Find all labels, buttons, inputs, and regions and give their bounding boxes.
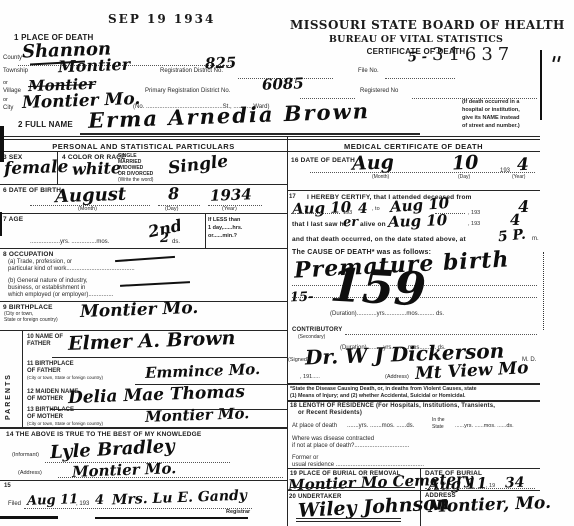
edge-artifact (552, 56, 555, 62)
burial-place-underline (290, 487, 415, 488)
primary-registration-value: 6085 (262, 74, 304, 93)
attended-from-line (292, 212, 340, 214)
former-residence-line1: Former or (292, 455, 318, 461)
death-occurred-statement: and that death occurred, on the date sta… (292, 236, 466, 243)
parents-label: PARENTS (5, 350, 12, 420)
father-name-label2: FATHER (27, 341, 51, 347)
informant-address-line (58, 476, 283, 478)
received-date-stamp: SEP 19 1934 (108, 12, 215, 26)
undertaker-underline-1 (296, 518, 401, 519)
filed-year-handwritten: 4 (95, 493, 105, 508)
filed-number-label: 15 (4, 483, 11, 489)
residence-at-place-label: At place of death (292, 423, 337, 429)
dod-month-caption: (Month) (372, 174, 389, 180)
registrar-label: Registrar (226, 509, 250, 515)
occupation-label: 8 OCCUPATION (3, 251, 54, 258)
occupation-a-line1: (a) Trade, profession, or (8, 259, 72, 265)
father-underline (52, 357, 287, 358)
father-birthplace-label1: 11 BIRTHPLACE (27, 361, 74, 367)
township-value: Montier (58, 55, 131, 77)
last-saw-date: Aug 10 (388, 211, 448, 231)
dob-month-caption: (Month) (78, 206, 97, 212)
edge-artifact (95, 517, 248, 519)
last-saw-alive-on: alive on (360, 221, 386, 228)
edge-artifact (0, 516, 58, 519)
duration-line-1: (Duration)............yrs.............mo… (330, 311, 444, 317)
date-of-death-line (310, 171, 535, 173)
parents-cell-border (22, 330, 23, 427)
registration-district-value: 825 (205, 53, 237, 72)
scribble-mark (120, 281, 190, 286)
informant-label: (Informant) (12, 452, 39, 458)
footnote-line2: (1) Means of Injury; and (2) whether Acc… (290, 393, 466, 399)
age-less-line2: 1 day,......hrs. (208, 225, 242, 231)
date-of-death-label: 16 DATE OF DEATH (291, 157, 355, 164)
scribble-mark (115, 256, 175, 262)
row-line-3 (0, 248, 287, 249)
footnote-rule-top (287, 383, 540, 385)
mother-name-value: Delia Mae Thomas (68, 382, 245, 408)
father-birthplace-caption: (City or town, State or foreign country) (27, 375, 103, 380)
physician-address-label: (Address) (385, 374, 409, 380)
full-name-underline (80, 133, 420, 135)
or-label-1: or (3, 80, 8, 86)
contracted-line1: Where was disease contracted (292, 436, 374, 442)
marital-value: Single (167, 151, 229, 178)
sex-value: female (4, 157, 69, 179)
residence-units-1: .......yrs. .......mos. ......ds. (347, 423, 414, 429)
burial-date-line (425, 487, 535, 489)
or-label-2: or (3, 97, 8, 103)
burial-date-value: Aug 11 (428, 474, 488, 494)
hospital-note-line4: of street and number.) (462, 123, 520, 129)
attended-to-year-printed: , 193 (468, 210, 480, 216)
contracted-line2: if not at place of death?...............… (292, 443, 409, 449)
age-label: 7 AGE (3, 216, 23, 223)
city-label: City (3, 105, 13, 111)
mother-birthplace-caption: (City or town, State or foreign country) (27, 421, 103, 426)
age-less-line1: If LESS than (208, 217, 240, 223)
race-value: white (72, 158, 122, 179)
mother-birthplace-label2: OF MOTHER (27, 414, 63, 420)
attended-to-label: , to (372, 206, 380, 212)
signed-date-blank: , 191..... (300, 374, 320, 380)
occupation-a-line2: particular kind of work.................… (8, 266, 135, 272)
county-label: County (3, 55, 22, 61)
cause-code-large: 159 (329, 258, 428, 317)
attended-from-year-handwritten: 4 (358, 201, 368, 217)
undertaker-row-top-line (287, 490, 540, 491)
dob-year-caption: (Year) (222, 206, 237, 212)
file-no-line (385, 77, 455, 79)
death-time-value: 5 P. (497, 227, 526, 246)
last-saw-prefix: that I last saw h (292, 221, 344, 228)
edge-artifact (0, 212, 2, 236)
dod-day-caption: (Day) (458, 174, 470, 180)
informant-address-label: (Address) (18, 470, 42, 476)
file-no-label: File No. (358, 68, 379, 74)
footnote-rule-bottom (287, 400, 540, 402)
mother-birthplace-value: Montier Mo. (145, 404, 250, 426)
cause-code-small: 15- (290, 290, 314, 306)
footnote-line1: *State the Disease Causing Death, or, in… (290, 386, 477, 392)
age-less-line3: or......min.? (208, 233, 237, 239)
residence-units-2: ......yrs. ......mos. ......ds. (455, 423, 514, 429)
residence-state-label: State (432, 424, 444, 430)
mother-name-label2: OF MOTHER (27, 396, 63, 402)
edge-artifact (543, 252, 544, 330)
father-name-label1: 10 NAME OF (27, 334, 63, 340)
last-saw-year-printed: , 193 (468, 221, 480, 227)
mother-birthplace-label1: 13 BIRTHPLACE (27, 407, 74, 413)
dob-label: 6 DATE OF BIRTH (3, 187, 61, 194)
last-saw-her: er (343, 215, 359, 231)
edge-artifact (557, 56, 560, 62)
undertaker-address-value: Montier, Mo. (428, 493, 552, 517)
registrar-line (24, 507, 252, 509)
registered-no-label: Registered No (360, 88, 398, 94)
hospital-note-line3: give its NAME instead (462, 115, 519, 121)
dod-year-caption: (Year) (512, 174, 525, 180)
filed-label: Filed (8, 501, 21, 507)
row-line-7 (0, 480, 287, 481)
secondary-label: (Secondary) (298, 334, 325, 340)
row-line-2 (0, 213, 287, 214)
burial-row-top-line (287, 468, 540, 469)
undertaker-underline-2 (296, 521, 401, 522)
primary-registration-label: Primary Registration District No. (145, 88, 230, 94)
occupation-b-line1: (b) General nature of industry, (8, 278, 88, 284)
dob-day-caption: (Day) (165, 206, 178, 212)
dob-day-value: 8 (168, 184, 180, 203)
residence-in-the-label: In the (432, 417, 445, 423)
birthplace-caption2: State or foreign country) (4, 317, 58, 323)
certificate-number: 31637 (432, 44, 514, 65)
occupation-b-line3: which employed (or employer)............… (8, 292, 113, 298)
father-birthplace-label2: OF FATHER (27, 368, 61, 374)
death-time-m-label: m. (532, 236, 539, 242)
occupation-b-line2: business, or establishment in (8, 285, 85, 291)
board-title: MISSOURI STATE BOARD OF HEALTH (290, 18, 542, 32)
township-label: Township (3, 68, 28, 74)
contributory-line (345, 333, 537, 335)
band-rule-top (0, 136, 540, 137)
marital-label-5: (Write the word) (118, 177, 153, 183)
edge-artifact (0, 126, 4, 162)
edge-artifact (540, 50, 542, 120)
left-section-title: PERSONAL AND STATISTICAL PARTICULARS (0, 142, 287, 151)
contributory-label: CONTRIBUTORY (292, 327, 342, 333)
band-rule-top2 (0, 139, 540, 140)
age-units-line: ..................yrs. ...............mo… (30, 239, 109, 245)
right-row-line-1 (287, 190, 540, 191)
village-label: Village (3, 88, 21, 94)
registrar-signature: Mrs. Lu E. Gandy (112, 488, 247, 509)
certificate-number-prefix: 5 - (408, 50, 427, 66)
full-name-label: 2 FULL NAME (18, 120, 73, 129)
residence-label-line2: or Recent Residents) (298, 410, 362, 416)
row-line-6 (0, 427, 287, 429)
age-days-value: 2 (160, 231, 170, 246)
father-name-value: Elmer A. Brown (68, 327, 236, 355)
birthplace-value: Montier Mo. (80, 298, 199, 322)
right-section-title: MEDICAL CERTIFICATE OF DEATH (287, 142, 540, 151)
hospital-note-line2: hospital or institution, (462, 107, 520, 113)
residence-label-line1: 18 LENGTH OF RESIDENCE (For Hospitals, I… (290, 403, 495, 409)
dob-year-value: 1934 (210, 185, 252, 204)
death-certificate-scan: SEP 19 1934 MISSOURI STATE BOARD OF HEAL… (0, 0, 574, 526)
sex-cell-border (57, 151, 58, 184)
hospital-note-line1: (If death occurred in a (462, 99, 519, 105)
father-birthplace-value: Emmince Mo. (145, 360, 261, 382)
age-ds-label: ds. (172, 239, 180, 245)
age-less-box-border (205, 213, 206, 248)
birthplace-label: 9 BIRTHPLACE (3, 304, 53, 311)
